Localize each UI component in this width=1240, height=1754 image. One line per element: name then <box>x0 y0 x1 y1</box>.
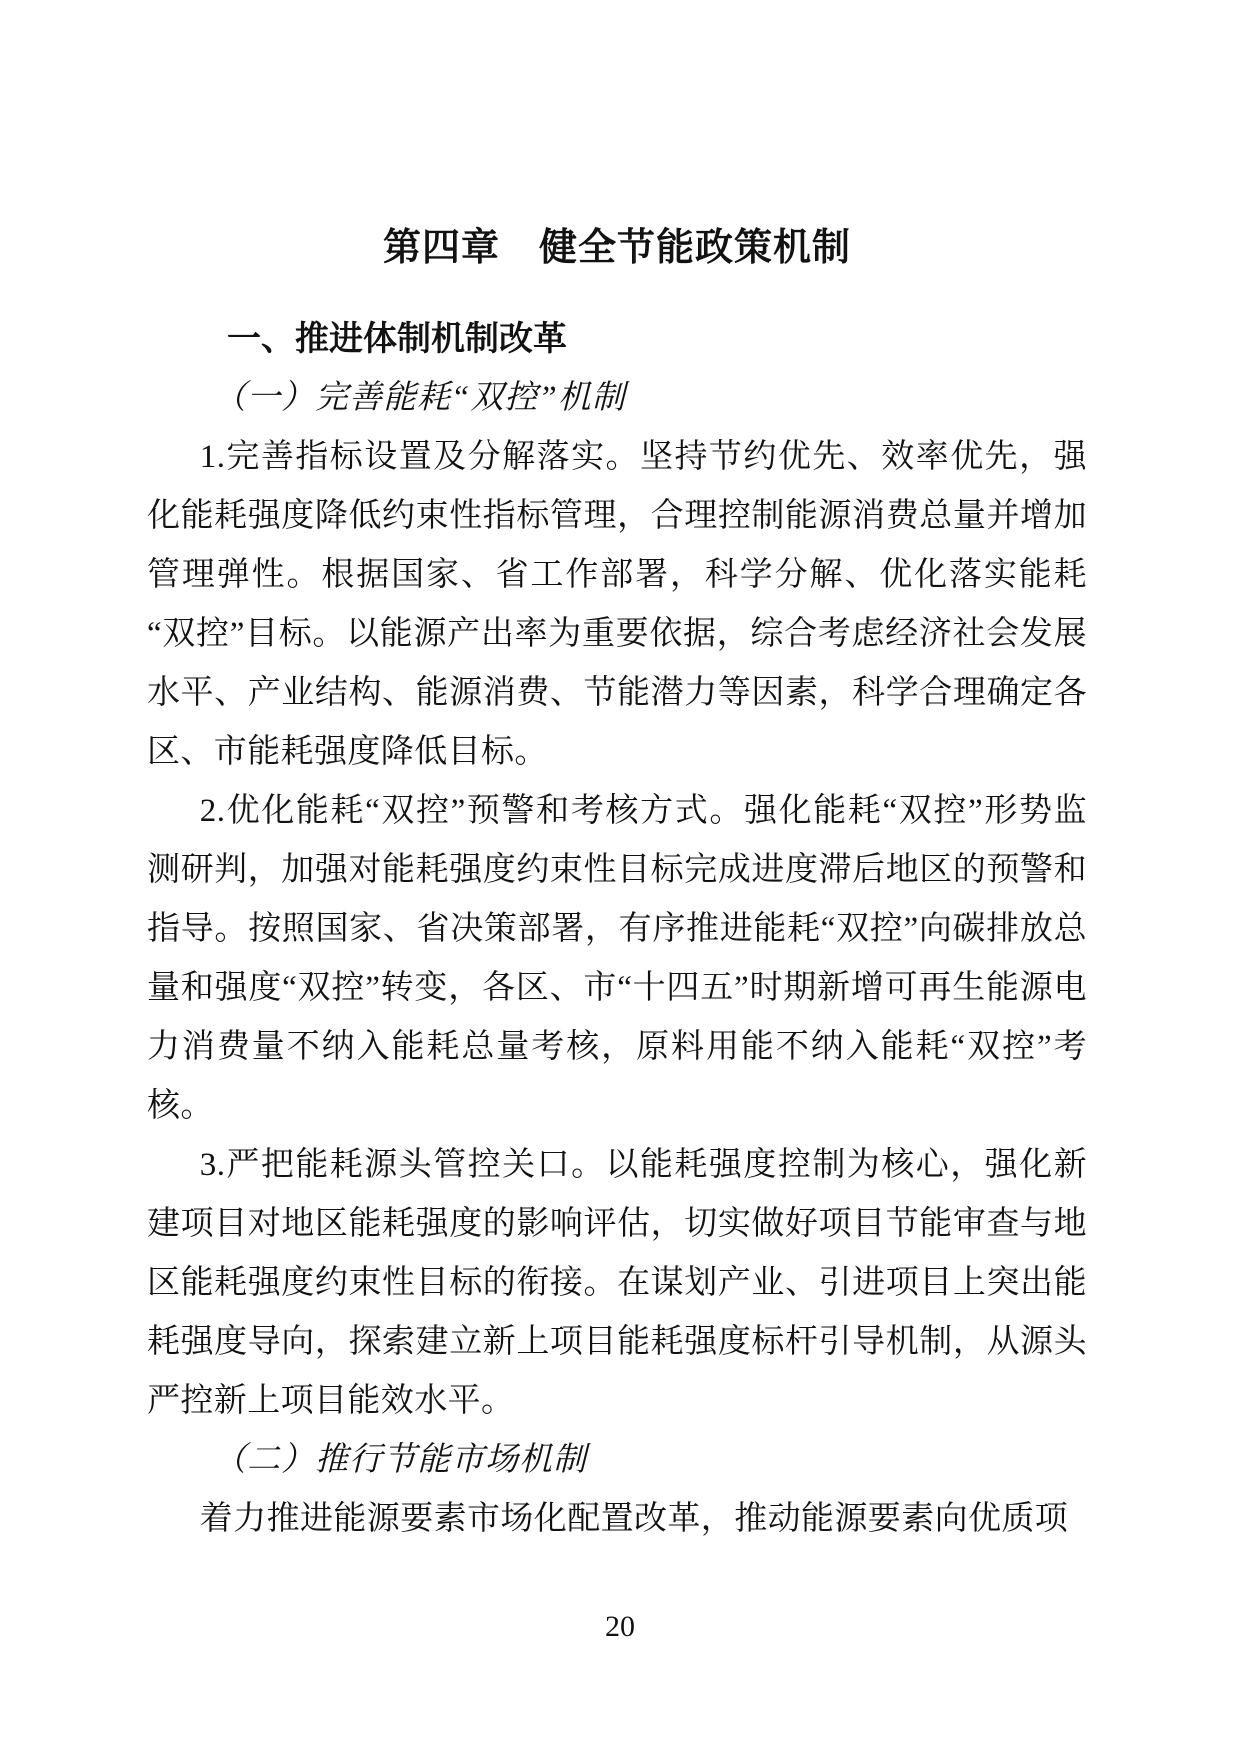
subsection-heading-2: （二）推行节能市场机制 <box>147 1431 1087 1490</box>
body-paragraph-1: 1.完善指标设置及分解落实。坚持节约优先、效率优先，强化能耗强度降低约束性指标管… <box>147 428 1087 782</box>
subsection-heading-1: （一）完善能耗“双控”机制 <box>147 369 1087 428</box>
section-heading: 一、推进体制机制改革 <box>147 310 1087 369</box>
chapter-title: 第四章 健全节能政策机制 <box>147 219 1087 278</box>
document-page: 第四章 健全节能政策机制 一、推进体制机制改革 （一）完善能耗“双控”机制 1.… <box>0 0 1240 1754</box>
body-paragraph-2: 2.优化能耗“双控”预警和考核方式。强化能耗“双控”形势监测研判，加强对能耗强度… <box>147 782 1087 1136</box>
body-paragraph-4: 着力推进能源要素市场化配置改革，推动能源要素向优质项 <box>147 1490 1087 1549</box>
page-content: 第四章 健全节能政策机制 一、推进体制机制改革 （一）完善能耗“双控”机制 1.… <box>147 0 1087 1549</box>
body-paragraph-3: 3.严把能耗源头管控关口。以能耗强度控制为核心，强化新建项目对地区能耗强度的影响… <box>147 1136 1087 1431</box>
page-number: 20 <box>0 1608 1240 1646</box>
